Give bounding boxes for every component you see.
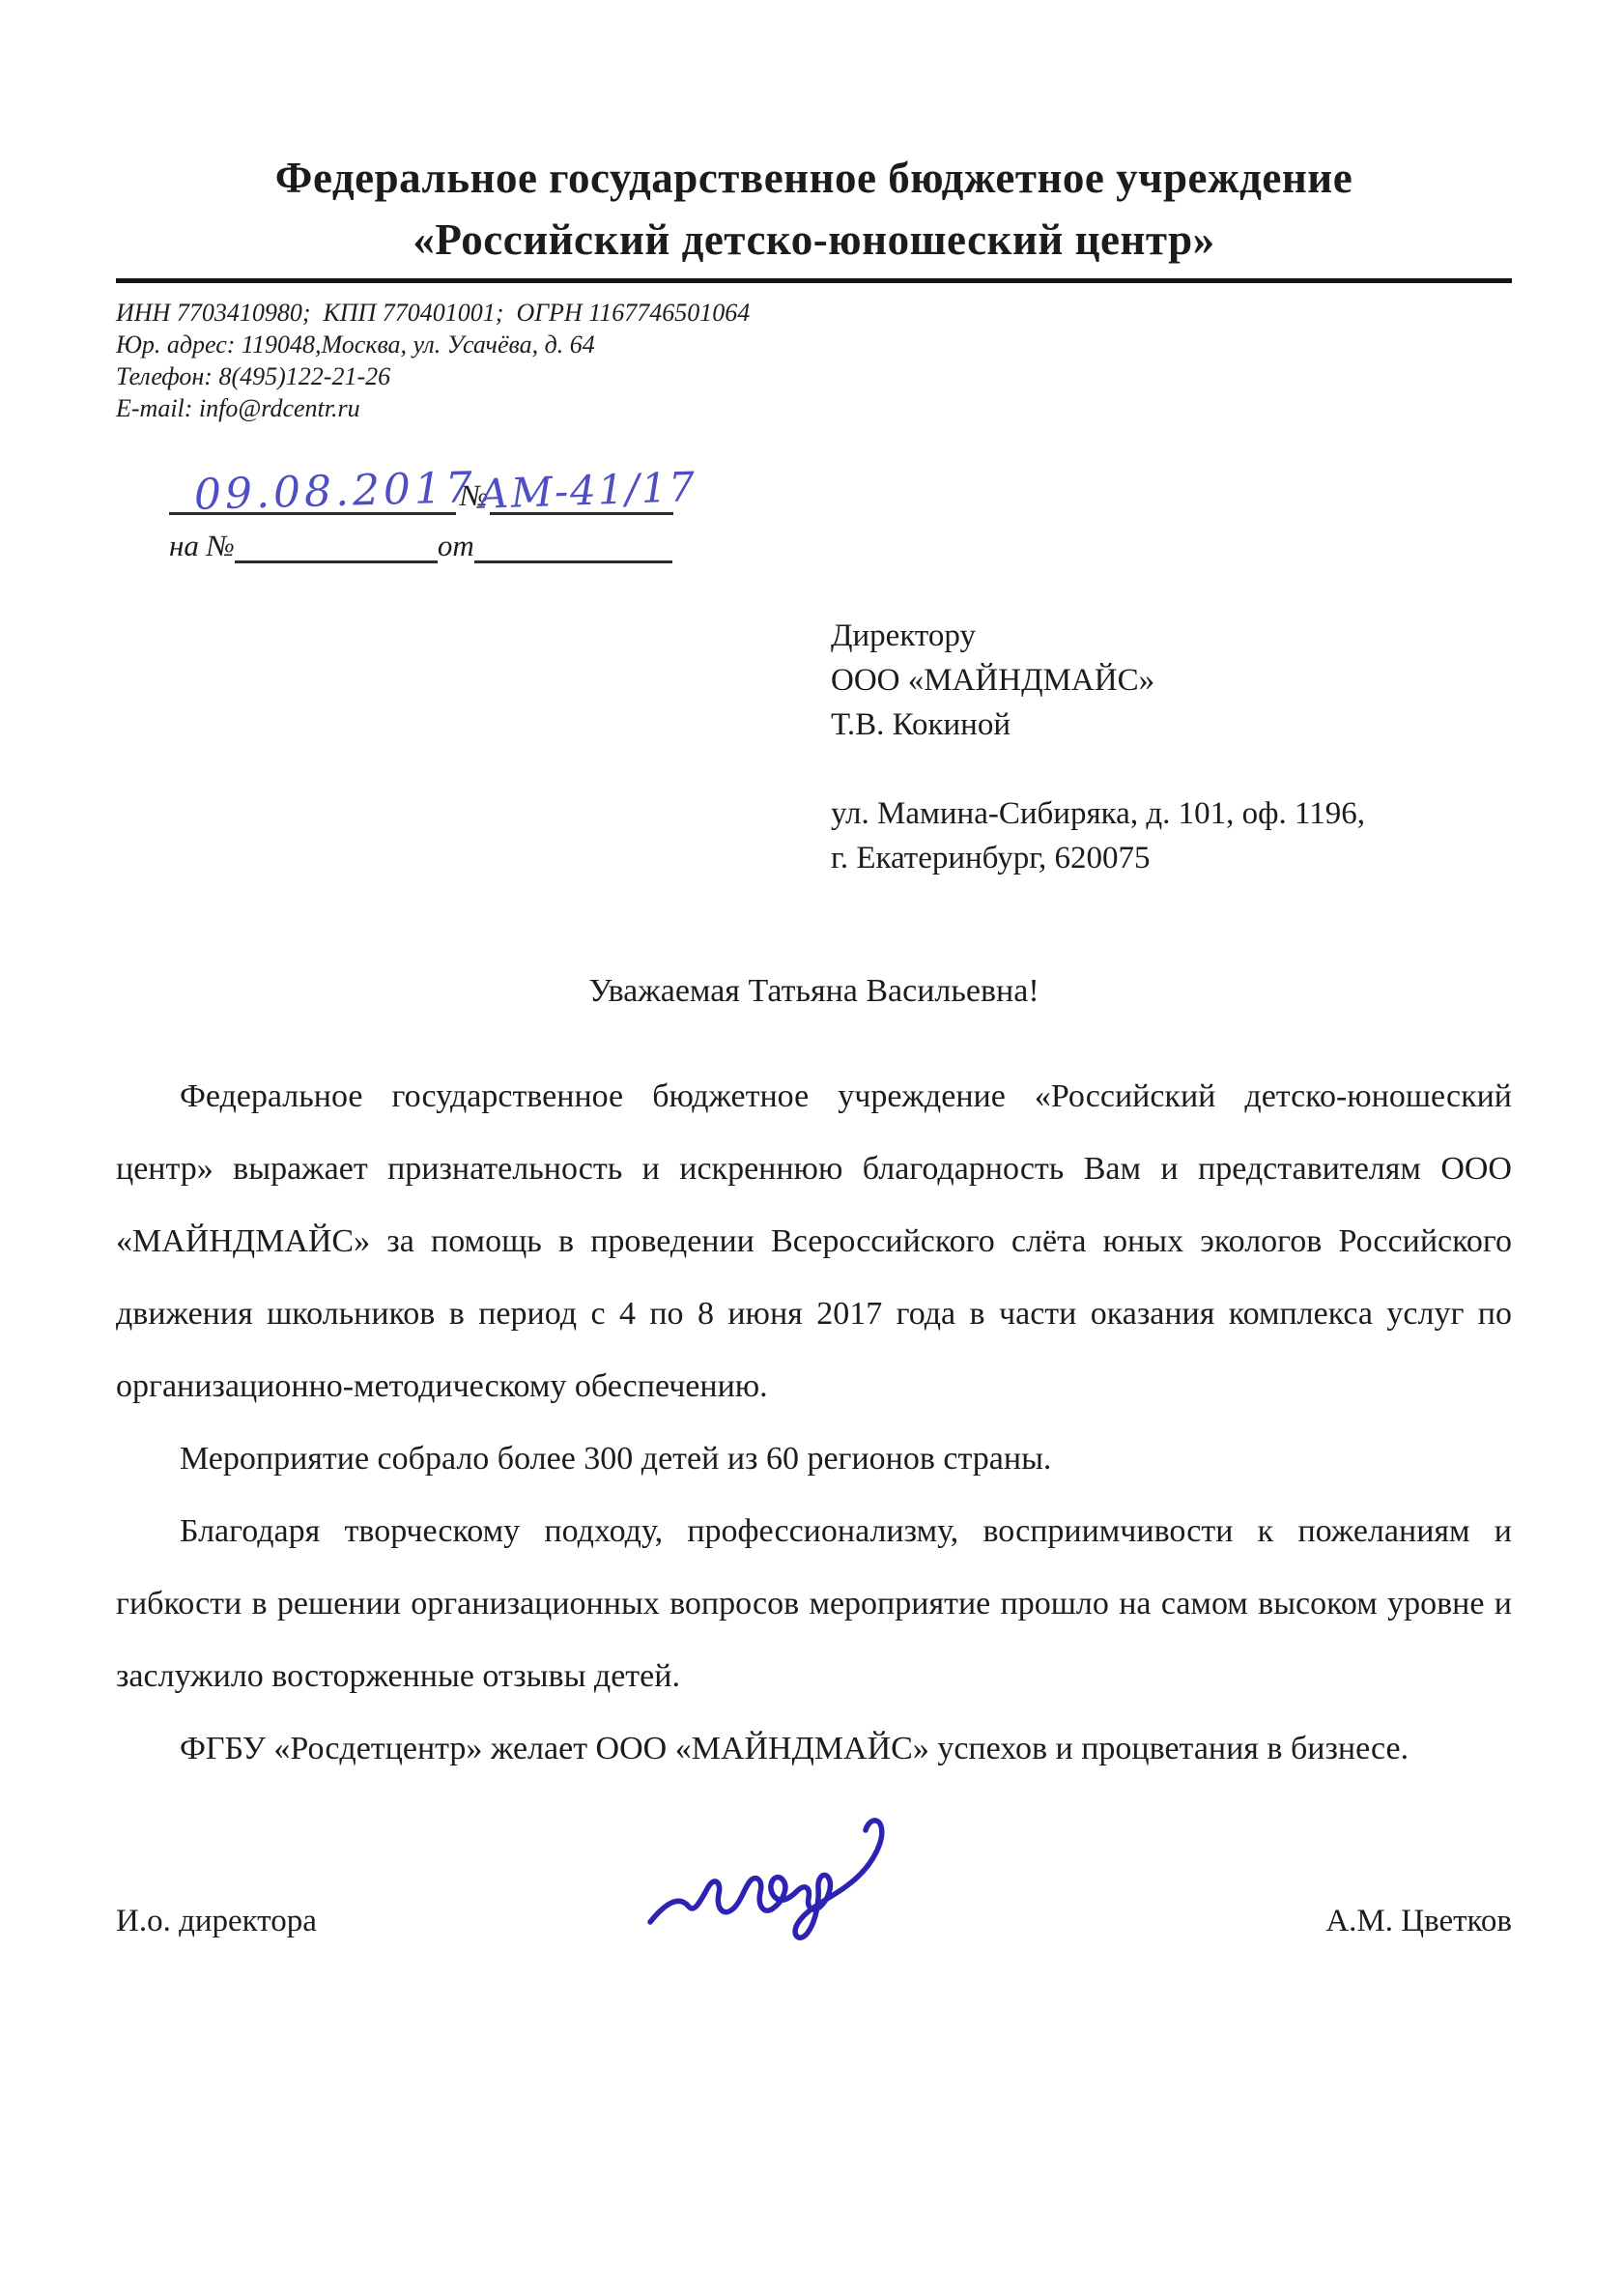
signature-icon — [642, 1798, 932, 1963]
handwritten-date: 09.08.2017 — [193, 463, 476, 520]
letterhead-divider — [116, 278, 1512, 283]
org-title-line1: Федеральное государственное бюджетное уч… — [116, 147, 1512, 209]
date-field: 09.08.2017 — [169, 454, 456, 515]
org-info-block: ИНН 7703410980; КПП 770401001; ОГРН 1167… — [116, 297, 1512, 424]
recipient-position: Директору — [831, 614, 1512, 658]
org-title-line2: «Российский детско-юношеский центр» — [116, 209, 1512, 271]
reply-date-field — [474, 518, 672, 563]
body-paragraph-4: ФГБУ «Росдетцентр» желает ООО «МАЙНДМАЙС… — [116, 1712, 1512, 1785]
reply-to-label: на № — [169, 529, 235, 563]
org-email: E-mail: info@rdcentr.ru — [116, 392, 1512, 424]
org-address: Юр. адрес: 119048,Москва, ул. Усачёва, д… — [116, 329, 1512, 360]
recipient-address-city: г. Екатеринбург, 620075 — [831, 836, 1512, 880]
recipient-gap — [831, 747, 1512, 791]
salutation: Уважаемая Татьяна Васильевна! — [116, 973, 1512, 1010]
body-paragraph-3: Благодаря творческому подходу, профессио… — [116, 1495, 1512, 1712]
number-field: АМ-41/17 — [490, 454, 673, 515]
reply-from-label: от — [438, 529, 474, 563]
letter-body: Федеральное государственное бюджетное уч… — [116, 1060, 1512, 1785]
body-paragraph-1: Федеральное государственное бюджетное уч… — [116, 1060, 1512, 1422]
reply-number-field — [235, 518, 438, 563]
signoff-name: А.М. Цветков — [1325, 1904, 1512, 1939]
handwritten-number: АМ-41/17 — [477, 463, 698, 518]
recipient-address-street: ул. Мамина-Сибиряка, д. 101, оф. 1196, — [831, 791, 1512, 836]
recipient-name: Т.В. Кокиной — [831, 703, 1512, 747]
org-phone: Телефон: 8(495)122-21-26 — [116, 360, 1512, 392]
reference-block: 09.08.2017 № АМ-41/17 на № от — [169, 453, 1512, 563]
reference-line-outgoing: 09.08.2017 № АМ-41/17 — [169, 453, 1512, 515]
signoff-row: И.о. директора А.М. Цветков — [116, 1814, 1512, 1968]
recipient-block: Директору ООО «МАЙНДМАЙС» Т.В. Кокиной у… — [831, 614, 1512, 880]
recipient-company: ООО «МАЙНДМАЙС» — [831, 658, 1512, 703]
signoff-position: И.о. директора — [116, 1904, 317, 1939]
body-paragraph-2: Мероприятие собрало более 300 детей из 6… — [116, 1422, 1512, 1495]
org-inn-kpp-ogrn: ИНН 7703410980; КПП 770401001; ОГРН 1167… — [116, 297, 1512, 329]
letter-page: Федеральное государственное бюджетное уч… — [0, 0, 1623, 2296]
reference-line-reply: на № от — [169, 515, 1512, 563]
letterhead: Федеральное государственное бюджетное уч… — [116, 147, 1512, 271]
